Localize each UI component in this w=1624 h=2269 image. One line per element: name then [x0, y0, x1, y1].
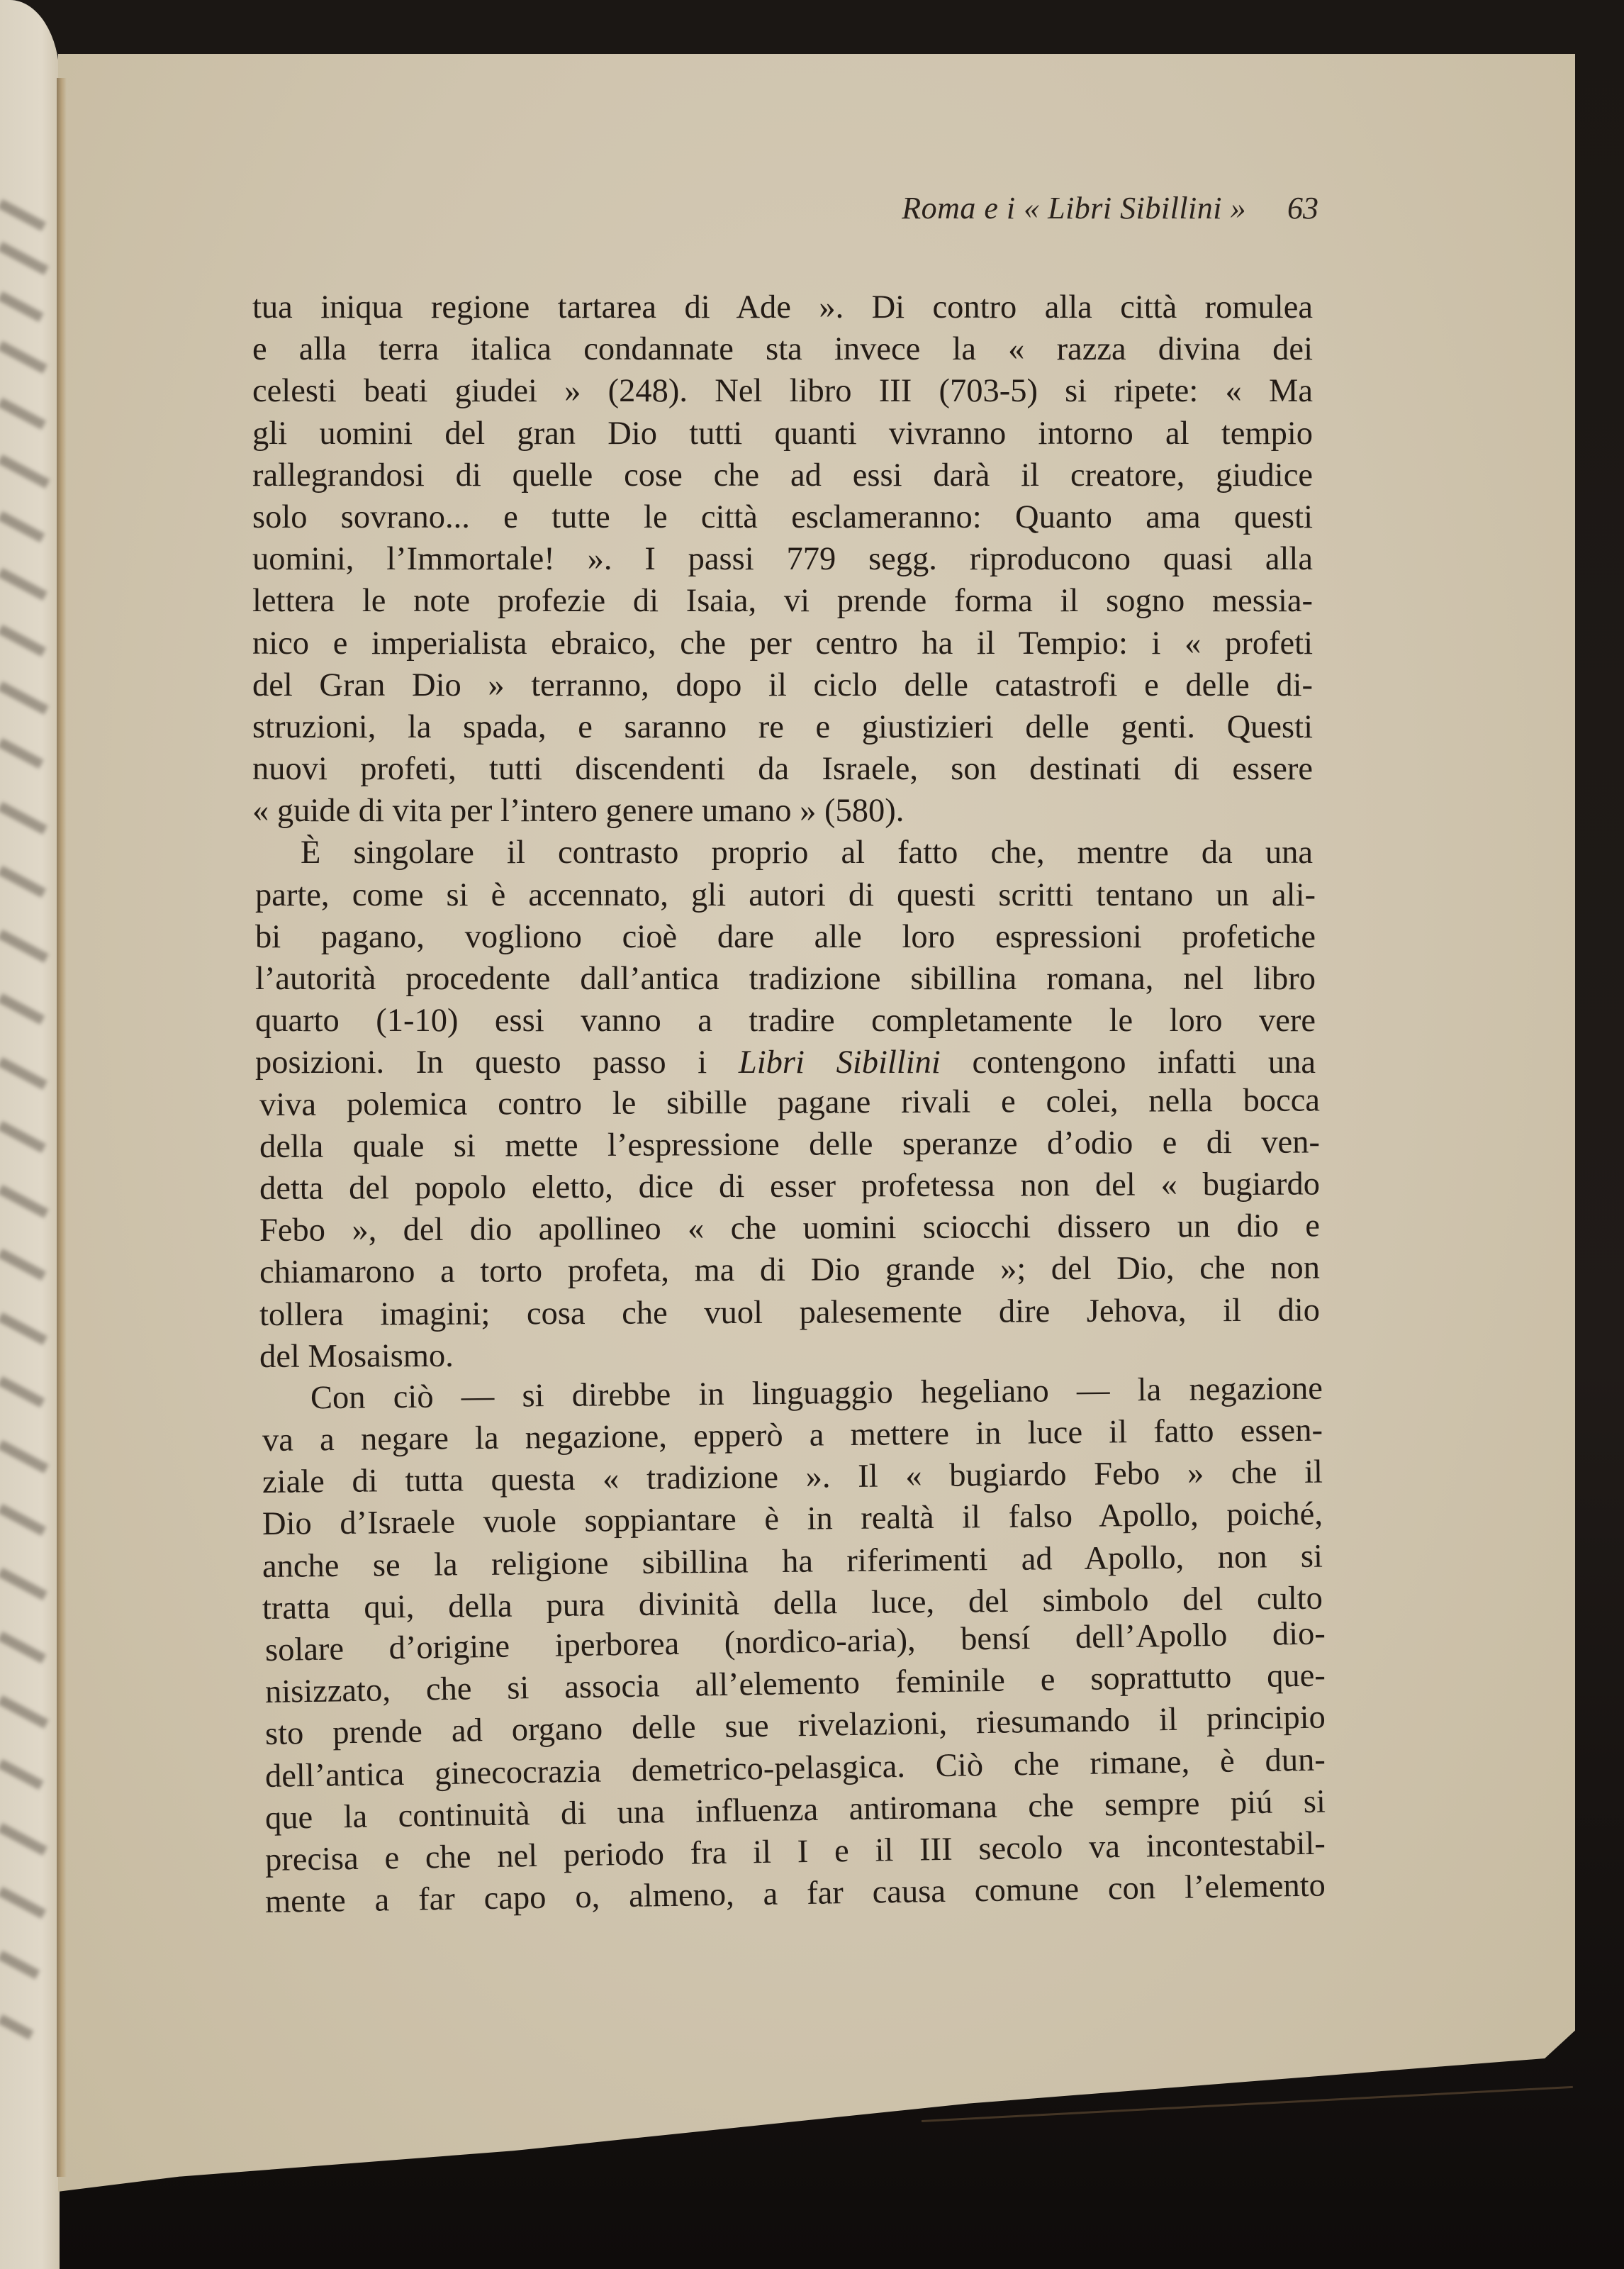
- italic-title-libri-sibillini: Libri Sibillini: [739, 1044, 941, 1081]
- facing-page-text-fragment: [0, 341, 47, 374]
- text-line: tua iniqua regione tartarea di Ade ». Di…: [252, 286, 1313, 328]
- facing-page-text-fragment: [0, 738, 44, 769]
- paragraph: tua iniqua regione tartarea di Ade ». Di…: [252, 286, 1313, 832]
- text-line: È singolare il contrasto proprio al fatt…: [252, 832, 1313, 874]
- text-line: nuovi profeti, tutti discendenti da Isra…: [252, 748, 1313, 790]
- facing-page-text-fragment: [0, 930, 49, 963]
- text-line: parte, come si è accennato, gli autori d…: [255, 874, 1316, 916]
- text-line: celesti beati giudei » (248). Nel libro …: [252, 370, 1313, 412]
- facing-page-text-fragment: [0, 1887, 46, 1919]
- page-number: 63: [1287, 190, 1318, 226]
- facing-page-text-fragment: [0, 1440, 49, 1473]
- facing-page-text-fragment: [0, 568, 47, 601]
- running-head: Roma e i « Libri Sibillini » 63: [836, 190, 1318, 226]
- text-line: bi pagano, vogliono cioè dare alle loro …: [255, 916, 1316, 958]
- facing-page-text-fragment: [0, 802, 47, 835]
- facing-page-text-fragment: [0, 1376, 45, 1407]
- text-line: quarto (1-10) essi vanno a tradire compl…: [255, 1000, 1316, 1042]
- text-line: e alla terra italica condannate sta inve…: [252, 328, 1313, 370]
- facing-page-text-fragment: [0, 199, 46, 231]
- facing-page-text-fragment: [0, 681, 49, 715]
- facing-page-text-fragment: [0, 1759, 44, 1790]
- text-line: solo sovrano... e tutte le città esclame…: [252, 496, 1313, 538]
- page-gutter-shadow: [57, 78, 67, 2177]
- facing-page-text-fragment: [0, 2014, 33, 2040]
- facing-page-text-fragment: [0, 1312, 47, 1345]
- facing-page-text-fragment: [0, 511, 45, 542]
- facing-page-text-fragment: [0, 993, 45, 1025]
- facing-page-text-fragment: [0, 1695, 49, 1729]
- facing-page-left: [0, 0, 60, 2269]
- facing-page-text-fragment: [0, 455, 50, 489]
- body-text: tua iniqua regione tartarea di Ade ». Di…: [252, 286, 1313, 1923]
- facing-page-text-fragment: [0, 1951, 40, 1980]
- facing-page-text-fragment: [0, 1504, 46, 1536]
- facing-page-text-fragment: [0, 625, 46, 657]
- text-line: viva polemica contro le sibille pagane r…: [259, 1079, 1320, 1126]
- facing-page-text-fragment: [0, 1121, 46, 1153]
- facing-page-text-fragment: [0, 1057, 47, 1090]
- facing-page-text-fragment: [0, 291, 44, 322]
- text-line: gli uomini del gran Dio tutti quanti viv…: [252, 413, 1313, 455]
- text-line: del Gran Dio » terranno, dopo il ciclo d…: [252, 664, 1313, 706]
- text-line: « guide di vita per l’intero genere uman…: [252, 790, 1313, 832]
- running-head-title: Roma e i « Libri Sibillini »: [902, 190, 1246, 226]
- text-line: detta del popolo eletto, dice di esser p…: [259, 1163, 1320, 1210]
- text-line: lettera le note profezie di Isaia, vi pr…: [252, 580, 1313, 622]
- text-line: struzioni, la spada, e saranno re e gius…: [252, 706, 1313, 748]
- text-line: nico e imperialista ebraico, che per cen…: [252, 623, 1313, 664]
- text-line: tollera imagini; cosa che vuol palesemen…: [259, 1289, 1320, 1336]
- paragraph: È singolare il contrasto proprio al fatt…: [252, 832, 1313, 1377]
- text-line: Febo », del dio apollineo « che uomini s…: [259, 1205, 1320, 1252]
- text-line: uomini, l’Immortale! ». I passi 779 segg…: [252, 538, 1313, 580]
- facing-page-text-fragment: [0, 398, 46, 430]
- facing-page-text-fragment: [0, 1632, 46, 1663]
- text-line-with-italic: posizioni. In questo passo i Libri Sibil…: [255, 1042, 1316, 1083]
- facing-page-text-fragment: [0, 242, 49, 275]
- text-line: rallegrandosi di quelle cose che ad essi…: [252, 455, 1313, 496]
- text-line: della quale si mette l’espressione delle…: [259, 1121, 1320, 1168]
- facing-page-text-fragment: [0, 866, 46, 898]
- paragraph: Con ciò — si direbbe in linguaggio hegel…: [252, 1378, 1313, 1923]
- facing-page-text-fragment: [0, 1568, 47, 1600]
- text-segment: contengono infatti una: [941, 1044, 1316, 1081]
- facing-page-text-fragment: [0, 1185, 49, 1218]
- text-segment: posizioni. In questo passo i: [255, 1044, 739, 1081]
- facing-page-text-fragment: [0, 1249, 46, 1281]
- text-line: chiamarono a torto profeta, ma di Dio gr…: [259, 1247, 1320, 1294]
- facing-page-text-fragment: [0, 1823, 47, 1856]
- text-line: l’autorità procedente dall’antica tradiz…: [255, 958, 1316, 1000]
